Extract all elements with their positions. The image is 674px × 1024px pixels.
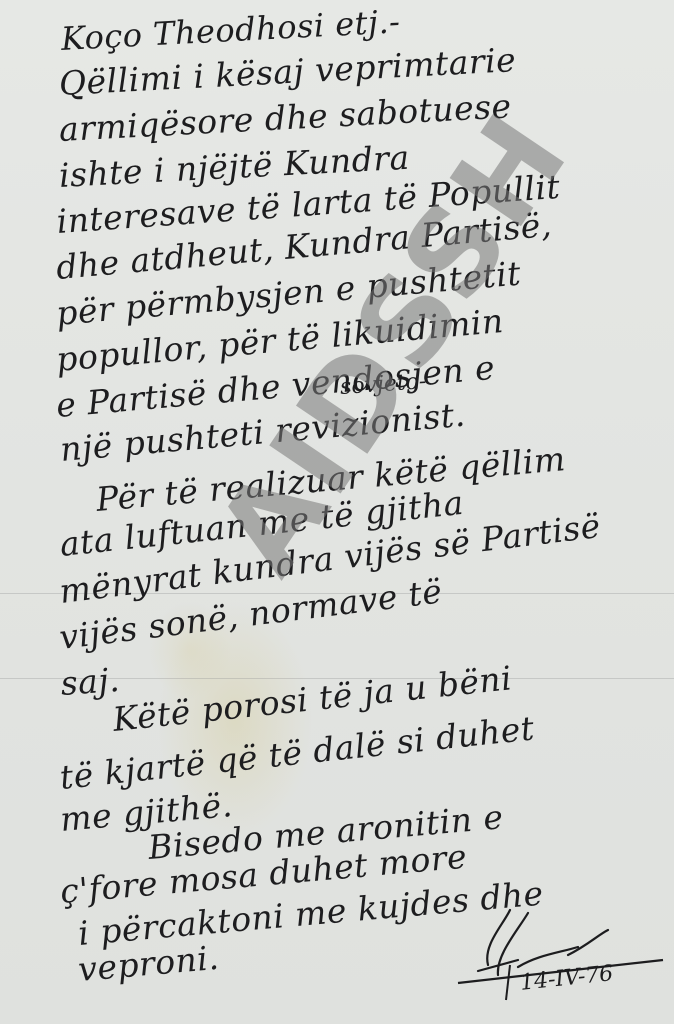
text-line: saj.: [59, 660, 121, 703]
signature-icon: [448, 905, 672, 1020]
